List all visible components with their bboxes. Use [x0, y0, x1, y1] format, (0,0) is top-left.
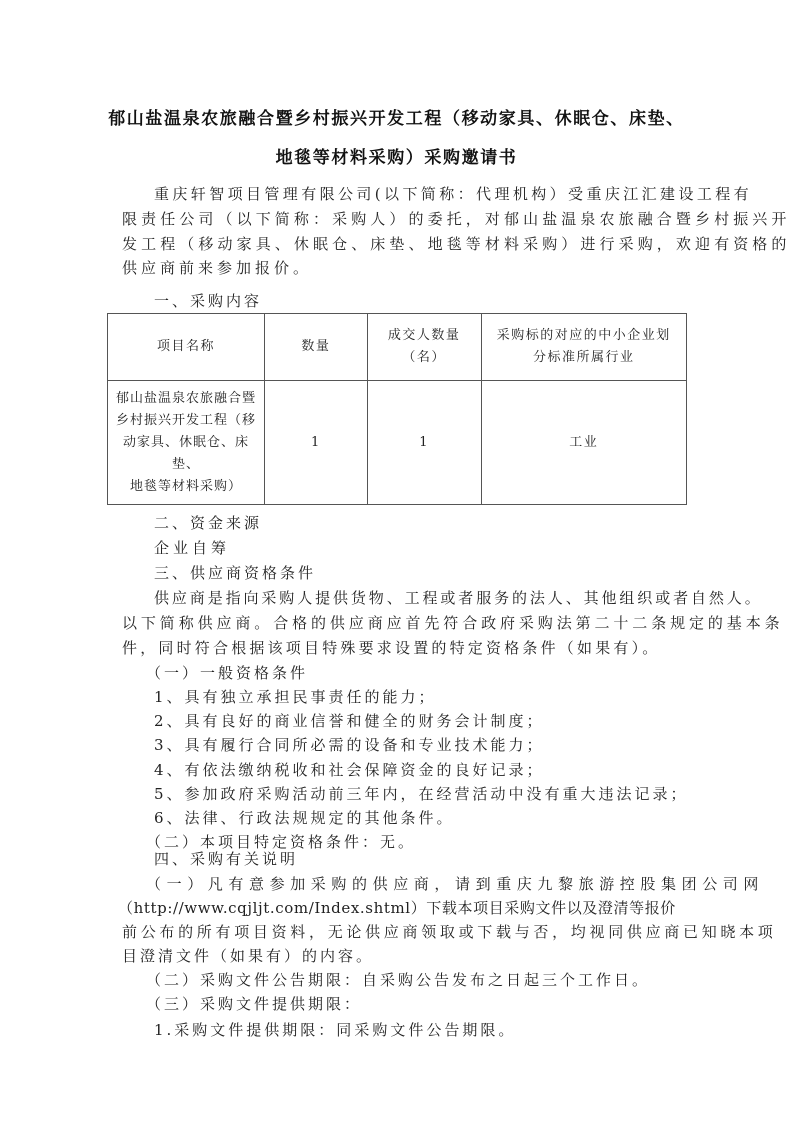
general-item-3: 3、具有履行合同所必需的设备和专业技术能力；	[154, 735, 545, 755]
cell-industry: 工业	[481, 381, 686, 505]
instructions-line-2: （http://www.cqjljt.com/Index.shtml）下载本项目…	[118, 898, 676, 918]
provision-period-item-1: 1.采购文件提供期限：同采购文件公告期限。	[154, 1020, 516, 1040]
general-item-5: 5、参加政府采购活动前三年内，在经营活动中没有重大违法记录；	[154, 784, 689, 804]
instructions-line-3: 前公布的所有项目资料，无论供应商领取或下载与否，均视同供应商已知晓本项	[122, 922, 777, 942]
procurement-content-table: 项目名称 数量 成交人数量（名） 采购标的对应的中小企业划 分标准所属行业 郁山…	[107, 313, 687, 505]
header-project-name: 项目名称	[108, 314, 265, 381]
intro-line-1: 重庆轩智项目管理有限公司(以下简称：代理机构）受重庆江汇建设工程有	[154, 184, 752, 204]
header-industry-line-2: 分标准所属行业	[486, 347, 682, 369]
table-row: 郁山盐温泉农旅融合暨 乡村振兴开发工程（移 动家具、休眠仓、床垫、 地毯等材料采…	[108, 381, 687, 505]
table-header-row: 项目名称 数量 成交人数量（名） 采购标的对应的中小企业划 分标准所属行业	[108, 314, 687, 381]
qualification-line-3: 件，同时符合根据该项目特殊要求设置的特定资格条件（如果有）。	[122, 638, 661, 658]
cell-project-name-line-3: 动家具、休眠仓、床垫、	[112, 432, 260, 476]
header-winner-count: 成交人数量（名）	[367, 314, 481, 381]
section1-heading: 一、采购内容	[154, 291, 262, 311]
instructions-line-4: 目澄清文件（如果有）的内容。	[122, 946, 374, 966]
section4-heading: 四、采购有关说明	[154, 849, 298, 869]
qualification-line-2: 以下简称供应商。合格的供应商应首先符合政府采购法第二十二条规定的基本条	[122, 613, 784, 633]
qualification-line-1: 供应商是指向采购人提供货物、工程或者服务的法人、其他组织或者自然人。	[154, 588, 763, 608]
cell-winner-count: 1	[367, 381, 481, 505]
provision-period-heading: （三）采购文件提供期限：	[146, 994, 362, 1014]
general-item-2: 2、具有良好的商业信誉和健全的财务会计制度；	[154, 711, 545, 731]
intro-line-2: 限责任公司（以下简称：采购人）的委托，对郁山盐温泉农旅融合暨乡村振兴开	[122, 209, 791, 229]
funding-source: 企业自筹	[154, 538, 230, 558]
cell-quantity: 1	[265, 381, 368, 505]
general-item-1: 1、具有独立承担民事责任的能力；	[154, 687, 437, 707]
instructions-line-1: （一）凡有意参加采购的供应商，请到重庆九黎旅游控股集团公司网	[146, 874, 764, 894]
announcement-period: （二）采购文件公告期限：自采购公告发布之日起三个工作日。	[146, 970, 650, 990]
document-title-line-1: 郁山盐温泉农旅融合暨乡村振兴开发工程（移动家具、休眠仓、床垫、	[0, 108, 793, 130]
cell-project-name-line-2: 乡村振兴开发工程（移	[112, 410, 260, 432]
header-industry-line-1: 采购标的对应的中小企业划	[486, 325, 682, 347]
cell-project-name-line-1: 郁山盐温泉农旅融合暨	[112, 388, 260, 410]
header-quantity: 数量	[265, 314, 368, 381]
cell-project-name: 郁山盐温泉农旅融合暨 乡村振兴开发工程（移 动家具、休眠仓、床垫、 地毯等材料采…	[108, 381, 265, 505]
header-industry: 采购标的对应的中小企业划 分标准所属行业	[481, 314, 686, 381]
cell-project-name-line-4: 地毯等材料采购）	[112, 476, 260, 498]
intro-line-4: 供应商前来参加报价。	[122, 258, 312, 278]
document-title-line-2: 地毯等材料采购）采购邀请书	[0, 147, 793, 169]
section3-heading: 三、供应商资格条件	[154, 563, 316, 583]
section2-heading: 二、资金来源	[154, 513, 262, 533]
general-qualification-heading: （一）一般资格条件	[146, 663, 308, 683]
general-item-6: 6、法律、行政法规规定的其他条件。	[154, 808, 455, 828]
intro-line-3: 发工程（移动家具、休眠仓、床垫、地毯等材料采购）进行采购，欢迎有资格的	[122, 234, 791, 254]
general-item-4: 4、有依法缴纳税收和社会保障资金的良好记录；	[154, 760, 545, 780]
